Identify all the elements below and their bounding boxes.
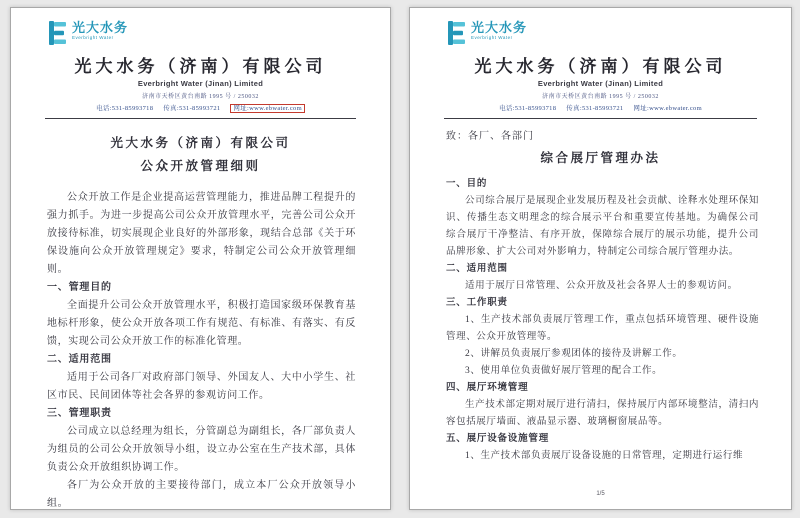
- section-heading: 一、目的: [446, 176, 759, 193]
- phone-number: 电话:531-85993718: [499, 105, 556, 112]
- paragraph: 公众开放工作是企业提高运营管理能力，推进品牌工程提升的强力抓手。为进一步提高公司…: [47, 189, 356, 279]
- paragraph: 公司成立以总经理为组长，分管副总为副组长，各厂部负责人为组员的公司公众开放领导小…: [47, 423, 356, 477]
- document-title-line1: 综合展厅管理办法: [410, 147, 791, 170]
- company-name-cn: 光大水务（济南）有限公司: [11, 52, 390, 77]
- company-name-en: Everbright Water (Jinan) Limited: [410, 79, 791, 88]
- paragraph: 适用于展厅日常管理、公众开放及社会各界人士的参观访问。: [446, 278, 759, 295]
- logo-company-name-en: Everbright Water: [72, 36, 128, 41]
- document-body: 一、目的公司综合展厅是展现企业发展历程及社会贡献、诠释水处理环保知识、传播生态文…: [446, 176, 759, 465]
- document-title-block: 光大水务（济南）有限公司 公众开放管理细则: [11, 132, 390, 178]
- company-logo: 光大水务 Everbright Water: [49, 21, 390, 51]
- recipient-line: 致：各厂、各部门: [446, 127, 791, 142]
- paragraph: 2、讲解员负责展厅参观团体的接待及讲解工作。: [446, 346, 759, 363]
- website-url-highlighted: 网址:www.ebwater.com: [230, 104, 305, 113]
- everbright-logo-icon: [49, 21, 68, 45]
- paragraph: 生产技术部定期对展厅进行清扫，保持展厅内部环境整洁，清扫内容包括展厅墙面、液晶显…: [446, 397, 759, 431]
- fax-number: 传真:531-85993721: [163, 105, 220, 112]
- section-heading: 二、适用范围: [446, 261, 759, 278]
- letterhead: 光大水务 Everbright Water 光大水务（济南）有限公司 Everb…: [410, 8, 791, 119]
- logo-company-name: 光大水务: [471, 21, 527, 34]
- company-name-cn: 光大水务（济南）有限公司: [410, 52, 791, 77]
- logo-company-name-en: Everbright Water: [471, 36, 527, 41]
- document-title-block: 综合展厅管理办法: [410, 147, 791, 170]
- phone-number: 电话:531-85993718: [96, 105, 153, 112]
- company-address: 济南市天桥区黄台南路 1995 号 / 250032: [410, 91, 791, 100]
- section-heading: 一、管理目的: [47, 279, 356, 297]
- contact-line: 电话:531-85993718 传真:531-85993721 网址:www.e…: [410, 103, 791, 112]
- website-url: 网址:www.ebwater.com: [633, 105, 702, 112]
- fax-number: 传真:531-85993721: [566, 105, 623, 112]
- paragraph: 3、使用单位负责做好展厅管理的配合工作。: [446, 363, 759, 380]
- document-title-line2: 公众开放管理细则: [11, 155, 390, 178]
- paragraph: 1、生产技术部负责展厅设备设施的日常管理，定期进行运行维: [446, 448, 759, 465]
- section-heading: 二、适用范围: [47, 351, 356, 369]
- paragraph: 1、生产技术部负责展厅管理工作，重点包括环境管理、硬件设施管理、公众开放管理等。: [446, 312, 759, 346]
- company-logo: 光大水务 Everbright Water: [448, 21, 791, 51]
- company-address: 济南市天桥区黄台南路 1995 号 / 250032: [11, 91, 390, 100]
- company-name-en: Everbright Water (Jinan) Limited: [11, 79, 390, 88]
- paragraph: 各厂为公众开放的主要接待部门，成立本厂公众开放领导小组。: [47, 477, 356, 513]
- document-page-left: 光大水务 Everbright Water 光大水务（济南）有限公司 Everb…: [10, 7, 391, 510]
- document-body: 公众开放工作是企业提高运营管理能力，推进品牌工程提升的强力抓手。为进一步提高公司…: [47, 189, 356, 513]
- logo-company-name: 光大水务: [72, 21, 128, 34]
- section-heading: 四、展厅环境管理: [446, 380, 759, 397]
- document-page-right: 光大水务 Everbright Water 光大水务（济南）有限公司 Everb…: [409, 7, 792, 510]
- paragraph: 公司综合展厅是展现企业发展历程及社会贡献、诠释水处理环保知识、传播生态文明理念的…: [446, 193, 759, 261]
- section-heading: 三、工作职责: [446, 295, 759, 312]
- paragraph: 全面提升公司公众开放管理水平，积极打造国家级环保教育基地标杆形象，使公众开放各项…: [47, 297, 356, 351]
- contact-line: 电话:531-85993718 传真:531-85993721 网址:www.e…: [11, 103, 390, 112]
- letterhead-divider: [45, 118, 356, 119]
- letterhead-divider: [444, 118, 756, 119]
- paragraph: 适用于公司各厂对政府部门领导、外国友人、大中小学生、社区市民、民间团体等社会各界…: [47, 369, 356, 405]
- section-heading: 五、展厅设备设施管理: [446, 431, 759, 448]
- letterhead: 光大水务 Everbright Water 光大水务（济南）有限公司 Everb…: [11, 8, 390, 119]
- page-number: 1/5: [410, 491, 791, 497]
- everbright-logo-icon: [448, 21, 467, 45]
- section-heading: 三、管理职责: [47, 405, 356, 423]
- document-title-line1: 光大水务（济南）有限公司: [11, 132, 390, 155]
